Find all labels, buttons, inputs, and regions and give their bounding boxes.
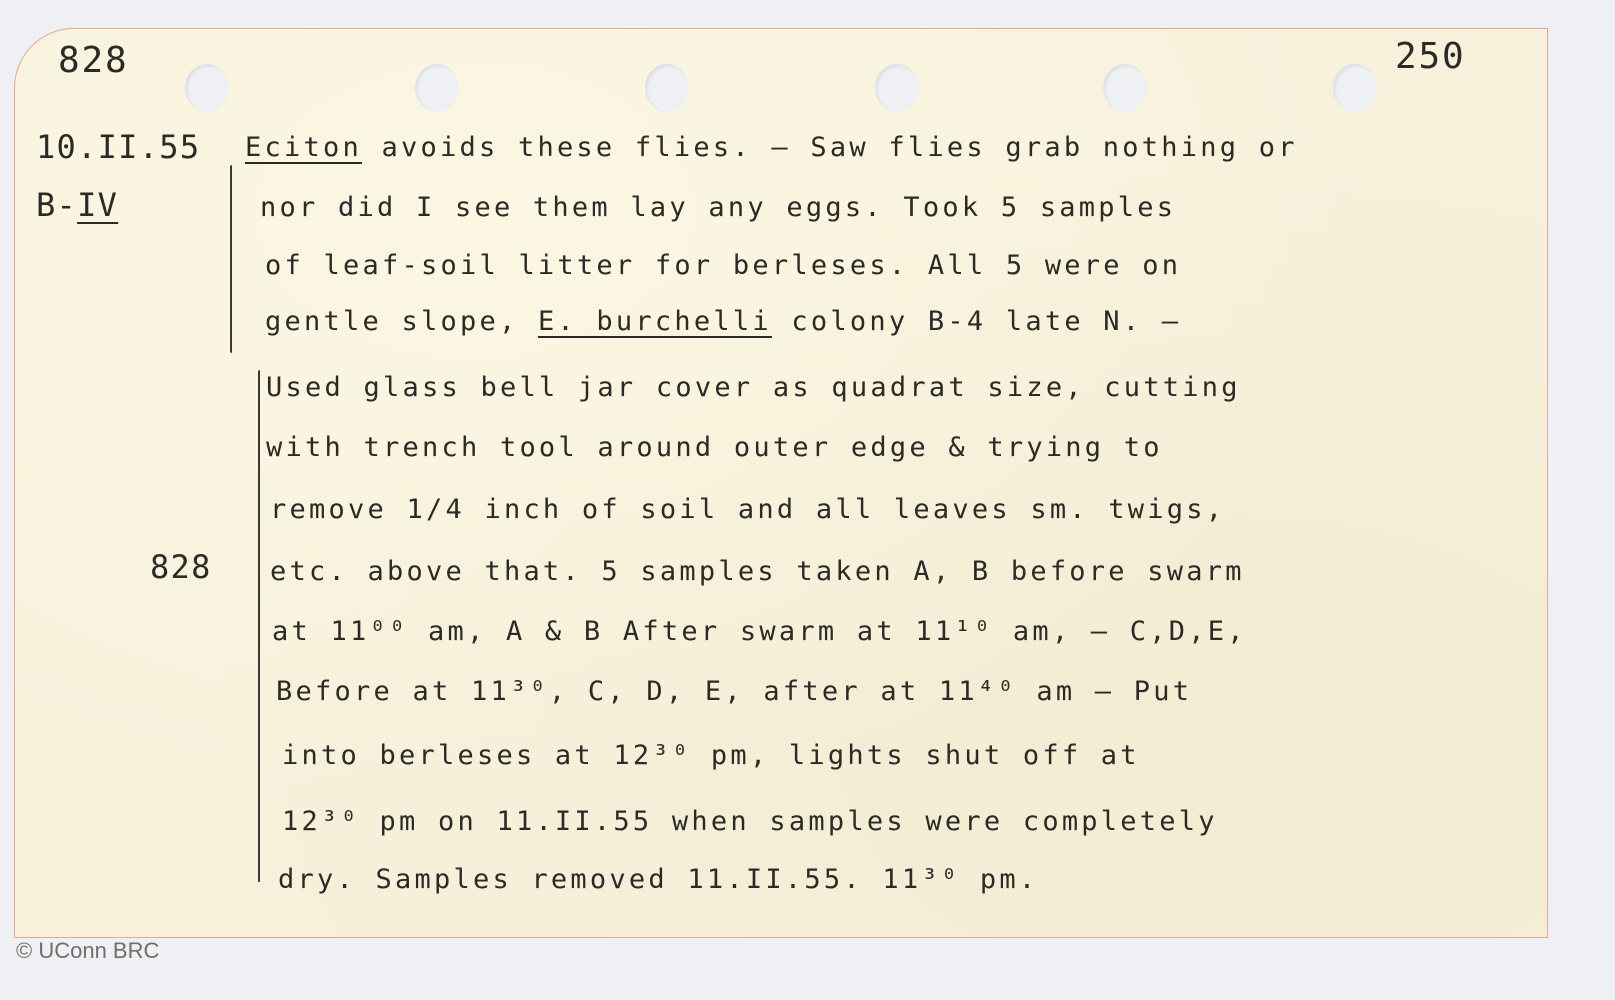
entry-2-line-7: into berleses at 12³⁰ pm, lights shut of… bbox=[282, 740, 1140, 771]
entry-2-line-1: Used glass bell jar cover as quadrat siz… bbox=[266, 372, 1241, 403]
colony-label-prefix: B- bbox=[36, 186, 77, 224]
text: gentle slope, bbox=[265, 306, 538, 337]
entry-2-line-6: Before at 11³⁰, C, D, E, after at 11⁴⁰ a… bbox=[276, 676, 1192, 707]
entry-1-line-1: Eciton avoids these flies. — Saw flies g… bbox=[245, 132, 1298, 163]
punch-hole bbox=[1333, 64, 1377, 112]
bracket-entry-2 bbox=[258, 370, 260, 882]
side-number: 828 bbox=[150, 548, 212, 586]
punch-hole bbox=[1103, 64, 1147, 112]
entry-2-line-3: remove 1/4 inch of soil and all leaves s… bbox=[270, 494, 1225, 525]
colony-label-roman: IV bbox=[77, 186, 118, 224]
entry-2-line-8: 12³⁰ pm on 11.II.55 when samples were co… bbox=[282, 806, 1218, 837]
punch-hole bbox=[185, 64, 229, 112]
entry-date: 10.II.55 bbox=[36, 128, 200, 166]
genus-name: Eciton bbox=[245, 132, 362, 163]
bracket-entry-1 bbox=[230, 165, 232, 353]
species-name: E. burchelli bbox=[538, 306, 772, 337]
field-note-card bbox=[14, 28, 1548, 938]
entry-1-line-3: of leaf-soil litter for berleses. All 5 … bbox=[265, 250, 1181, 281]
punch-hole bbox=[875, 64, 919, 112]
entry-1-line-2: nor did I see them lay any eggs. Took 5 … bbox=[260, 192, 1176, 223]
card-number-right: 250 bbox=[1395, 36, 1465, 77]
text: avoids these flies. — Saw flies grab not… bbox=[362, 132, 1298, 163]
punch-hole bbox=[415, 64, 459, 112]
entry-1-line-4: gentle slope, E. burchelli colony B-4 la… bbox=[265, 306, 1181, 337]
entry-2-line-9: dry. Samples removed 11.II.55. 11³⁰ pm. bbox=[278, 864, 1038, 895]
entry-2-line-5: at 11⁰⁰ am, A & B After swarm at 11¹⁰ am… bbox=[272, 616, 1247, 647]
card-number-left: 828 bbox=[58, 40, 128, 81]
punch-hole bbox=[645, 64, 689, 112]
copyright-watermark: © UConn BRC bbox=[16, 938, 159, 964]
entry-2-line-4: etc. above that. 5 samples taken A, B be… bbox=[270, 556, 1245, 587]
entry-2-line-2: with trench tool around outer edge & try… bbox=[266, 432, 1163, 463]
text: colony B-4 late N. — bbox=[772, 306, 1181, 337]
colony-label: B-IV bbox=[36, 186, 118, 224]
